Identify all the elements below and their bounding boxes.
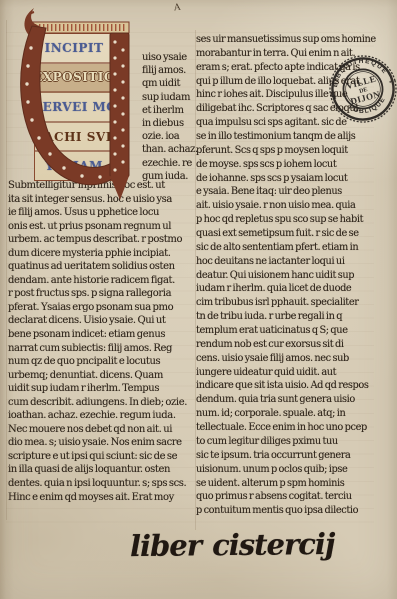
manuscript-line: Submtelligitur inprimis hoc est. ut [8,179,198,193]
ex-libris-inscription: liber cistercij [130,527,335,563]
manuscript-line: uisionum. unum p oclos quib; ipse [196,463,376,477]
manuscript-line: hoc deuitans ne iactanter loqui ui [196,255,376,269]
manuscript-line: sic te ipsum. tria occurrunt genera [196,449,376,463]
illuminated-initial: INCIPITEXPOSITIOHERVEI MONACHI SVPYSAIAM [6,6,144,202]
manuscript-line: cum describit. adiungens. In dieb; ozie. [8,396,198,410]
manuscript-line: de moyse. sps scs p iohem locut [196,158,376,172]
manuscript-line: pferunt. Scs q sps p moysen loquit [196,144,376,158]
manuscript-line: in illa quasi de alijs loquantur. osten [8,463,198,477]
left-text-column: Submtelligitur inprimis hoc est. utita s… [8,179,198,504]
manuscript-line: dio mea. s; uisio ysaie. Nos enim sacre [8,436,198,450]
manuscript-line: ozie. ioa [142,130,198,143]
manuscript-line: num. id; corporale. spuale. atq; in [196,407,376,421]
manuscript-line: narrat cum subiectis: filij amos. Reg [8,342,198,356]
left-column-wrapped-lines: uiso ysaiefilij amos.qm uiditsup iudamet… [142,51,198,183]
top-margin-mark: A [173,3,181,14]
manuscript-line: sup iudam [142,91,198,104]
incipit-line: INCIPIT [35,34,113,64]
manuscript-line: sic de alto sententiam pfert. etiam in [196,241,376,255]
manuscript-line: quatinus ad ueritatem solidius osten [8,260,198,274]
manuscript-line: rendum nob est cur exorsus sit di [196,338,376,352]
manuscript-line: urbemq; denuntiat. dicens. Quam [8,369,198,383]
manuscript-line: quasi ext semetipsum fuit. r sic de se [196,227,376,241]
manuscript-line: ses uir mansuetissimus sup oms homine q [196,33,376,47]
manuscript-line: tn de tribu iuda. r urbe regali in q [196,310,376,324]
manuscript-line: et iherlm [142,104,198,117]
manuscript-line: qm uidit [142,77,198,90]
manuscript-line: templum erat uaticinatus q S; que [196,324,376,338]
stamp-ornament-left: * [334,95,338,102]
incipit-line: YSAIAM [35,152,113,180]
manuscript-line: ioathan. achaz. ezechie. regum iuda. [8,409,198,423]
manuscript-line: dentes. quia n ipsi loquuntur. s; sps sc… [8,477,198,491]
manuscript-line: Hinc e enim qd moyses ait. Erat moy [8,491,198,505]
manuscript-line: iungere uideatur quid uidit. aut [196,366,376,380]
manuscript-line: in diebus [142,117,198,130]
manuscript-line: uidit sup iudam r iherlm. Tempus [8,382,198,396]
manuscript-line: Nec mouere nos debet qd non ait. ui [8,423,198,437]
manuscript-line: se in illo testimonium tanqm de alijs [196,130,376,144]
manuscript-line: dendam. ante historie radicem figat. [8,274,198,288]
incipit-line: HERVEI MO [35,93,113,123]
manuscript-line: se uident. alterum p spm hominis [196,477,376,491]
manuscript-line: than. achaz. [142,143,198,156]
manuscript-line: de iohanne. sps scs p ysaiam locut [196,172,376,186]
manuscript-line: quo primus r absens cogitat. terciu [196,490,376,504]
manuscript-line: p hoc qd repletus spu sco sup se habit [196,213,376,227]
manuscript-line: uiso ysaie [142,51,198,64]
manuscript-line: indicare que sit ista uisio. Ad qd respo… [196,379,376,393]
manuscript-line: ait. uisio ysaie. r non uisio mea. quia [196,199,376,213]
manuscript-line: e ysaia. Bene itaq: uir deo plenus [196,185,376,199]
manuscript-line: p contuitum mentis quo ipsa dilectio [196,504,376,518]
manuscript-line: num qz de quo pncipalit e locutus [8,355,198,369]
manuscript-line: scripture e ut ipsi qui sciunt: sic de s… [8,450,198,464]
manuscript-line: cim tribubus isrl pphauit. specialiter [196,296,376,310]
manuscript-line: dendum. quia tria sunt genera uisio [196,393,376,407]
manuscript-line: ezechie. re [142,157,198,170]
manuscript-line: iudam r iherlm. quia licet de duode [196,282,376,296]
manuscript-line: onis est. ut prius psonam regnum ul [8,220,198,234]
manuscript-line: bene psonam indicet: etiam genus [8,328,198,342]
manuscript-line: r post fructus sps. p signa rallegoria [8,287,198,301]
incipit-line: NACHI SVP [35,123,113,153]
manuscript-line: pferat. Ysaias ergo psonam sua pmo [8,301,198,315]
manuscript-line: ie filij amos. Usus u pphetice locu [8,206,198,220]
manuscript-line: tellectuale. Ecce enim in hoc uno pcep [196,421,376,435]
manuscript-line: ita sit integer sensus. hoc e uisio ysa [8,193,198,207]
manuscript-line: declarat dicens. Uisio ysaie. Qui ut [8,314,198,328]
incipit-line: EXPOSITIO [35,64,113,94]
manuscript-line: cens. uisio ysaie filij amos. nec sub [196,352,376,366]
manuscript-line: to cum legitur diliges pximu tuu [196,435,376,449]
manuscript-line: dum dicere mysteria pphie incipiat. [8,247,198,261]
manuscript-line: deatur. Qui uisionem hanc uidit sup [196,269,376,283]
manuscript-line: filij amos. [142,64,198,77]
incipit-panel: INCIPITEXPOSITIOHERVEI MONACHI SVPYSAIAM [34,33,114,181]
manuscript-line: urbem. ac tempus describat. r postmo [8,233,198,247]
